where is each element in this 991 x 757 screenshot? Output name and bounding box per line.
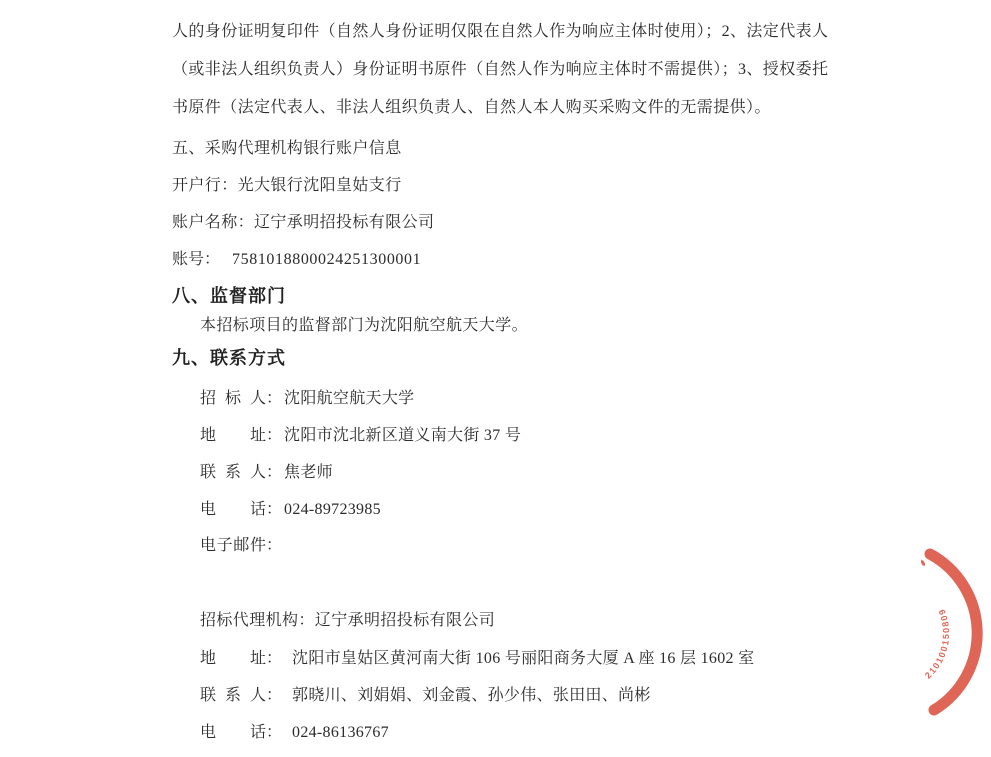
phone-label: 电话 xyxy=(200,500,266,520)
agency-address-value: 沈阳市皇姑区黄河南大街 106 号丽阳商务大厦 A 座 16 层 1602 室 xyxy=(292,649,754,669)
agency-contact-person-label: 联系人 xyxy=(200,686,266,706)
agency-contact-person-value: 郭晓川、刘娟娟、刘金霞、孙少伟、张田田、尚彬 xyxy=(292,686,651,706)
contact-person-row: 联系人： 焦老师 xyxy=(200,463,333,483)
section-supervision-body: 本招标项目的监督部门为沈阳航空航天大学。 xyxy=(200,316,528,336)
agency-contact-person-row: 联系人： 郭晓川、刘娟娟、刘金霞、孙少伟、张田田、尚彬 xyxy=(200,686,651,706)
paragraph-line-1: 人的身份证明复印件（自然人身份证明仅限在自然人作为响应主体时使用）；2、法定代表… xyxy=(172,22,828,42)
address-value: 沈阳市沈北新区道义南大街 37 号 xyxy=(284,426,521,446)
contact-person-value: 焦老师 xyxy=(284,463,333,483)
bank-name-line: 开户行：光大银行沈阳皇姑支行 xyxy=(172,176,402,196)
email-row: 电子邮件： xyxy=(200,536,284,556)
agency-address-label: 地址 xyxy=(200,649,266,669)
address-label: 地址 xyxy=(200,426,266,446)
document-page: 人的身份证明复印件（自然人身份证明仅限在自然人作为响应主体时使用）；2、法定代表… xyxy=(0,0,991,757)
account-number-line: 账号： 7581018800024251300001 xyxy=(172,250,421,270)
tenderer-row: 招标人： 沈阳航空航天大学 xyxy=(200,389,414,409)
label-colon: ： xyxy=(266,536,282,556)
red-seal-stamp: 210100150809 xyxy=(908,540,991,757)
section-supervision-heading: 八、监督部门 xyxy=(172,282,286,308)
agency-phone-value: 024-86136767 xyxy=(292,723,389,743)
phone-value: 024-89723985 xyxy=(284,500,381,520)
phone-row: 电话： 024-89723985 xyxy=(200,500,381,520)
label-colon: ： xyxy=(266,649,282,669)
email-label: 电子邮件 xyxy=(200,536,266,556)
section-bank-title: 五、采购代理机构银行账户信息 xyxy=(172,139,402,159)
account-name-line: 账户名称：辽宁承明招投标有限公司 xyxy=(172,213,434,233)
paragraph-line-3: 书原件（法定代表人、非法人组织负责人、自然人本人购买采购文件的无需提供）。 xyxy=(172,98,771,118)
label-colon: ： xyxy=(266,463,282,483)
seal-ink-speck xyxy=(920,559,926,566)
agency-address-row: 地址： 沈阳市皇姑区黄河南大街 106 号丽阳商务大厦 A 座 16 层 160… xyxy=(200,649,754,669)
contact-person-label: 联系人 xyxy=(200,463,266,483)
label-colon: ： xyxy=(266,723,282,743)
label-colon: ： xyxy=(266,500,282,520)
agency-phone-label: 电话 xyxy=(200,723,266,743)
account-number-value: 7581018800024251300001 xyxy=(232,250,421,270)
account-number-label: 账号： xyxy=(172,250,220,270)
seal-number-text: 210100150809 xyxy=(923,607,951,681)
paragraph-line-2: （或非法人组织负责人）身份证明书原件（自然人作为响应主体时不需提供）；3、授权委… xyxy=(172,60,828,80)
seal-ring-arc xyxy=(930,554,977,710)
label-colon: ： xyxy=(266,686,282,706)
label-colon: ： xyxy=(266,389,282,409)
agency-phone-row: 电话： 024-86136767 xyxy=(200,723,389,743)
tenderer-label: 招标人 xyxy=(200,389,266,409)
label-colon: ： xyxy=(266,426,282,446)
tenderer-address-row: 地址： 沈阳市沈北新区道义南大街 37 号 xyxy=(200,426,521,446)
section-contact-heading: 九、联系方式 xyxy=(172,344,286,370)
agency-intro-line: 招标代理机构：辽宁承明招投标有限公司 xyxy=(200,611,495,631)
tenderer-value: 沈阳航空航天大学 xyxy=(284,389,414,409)
